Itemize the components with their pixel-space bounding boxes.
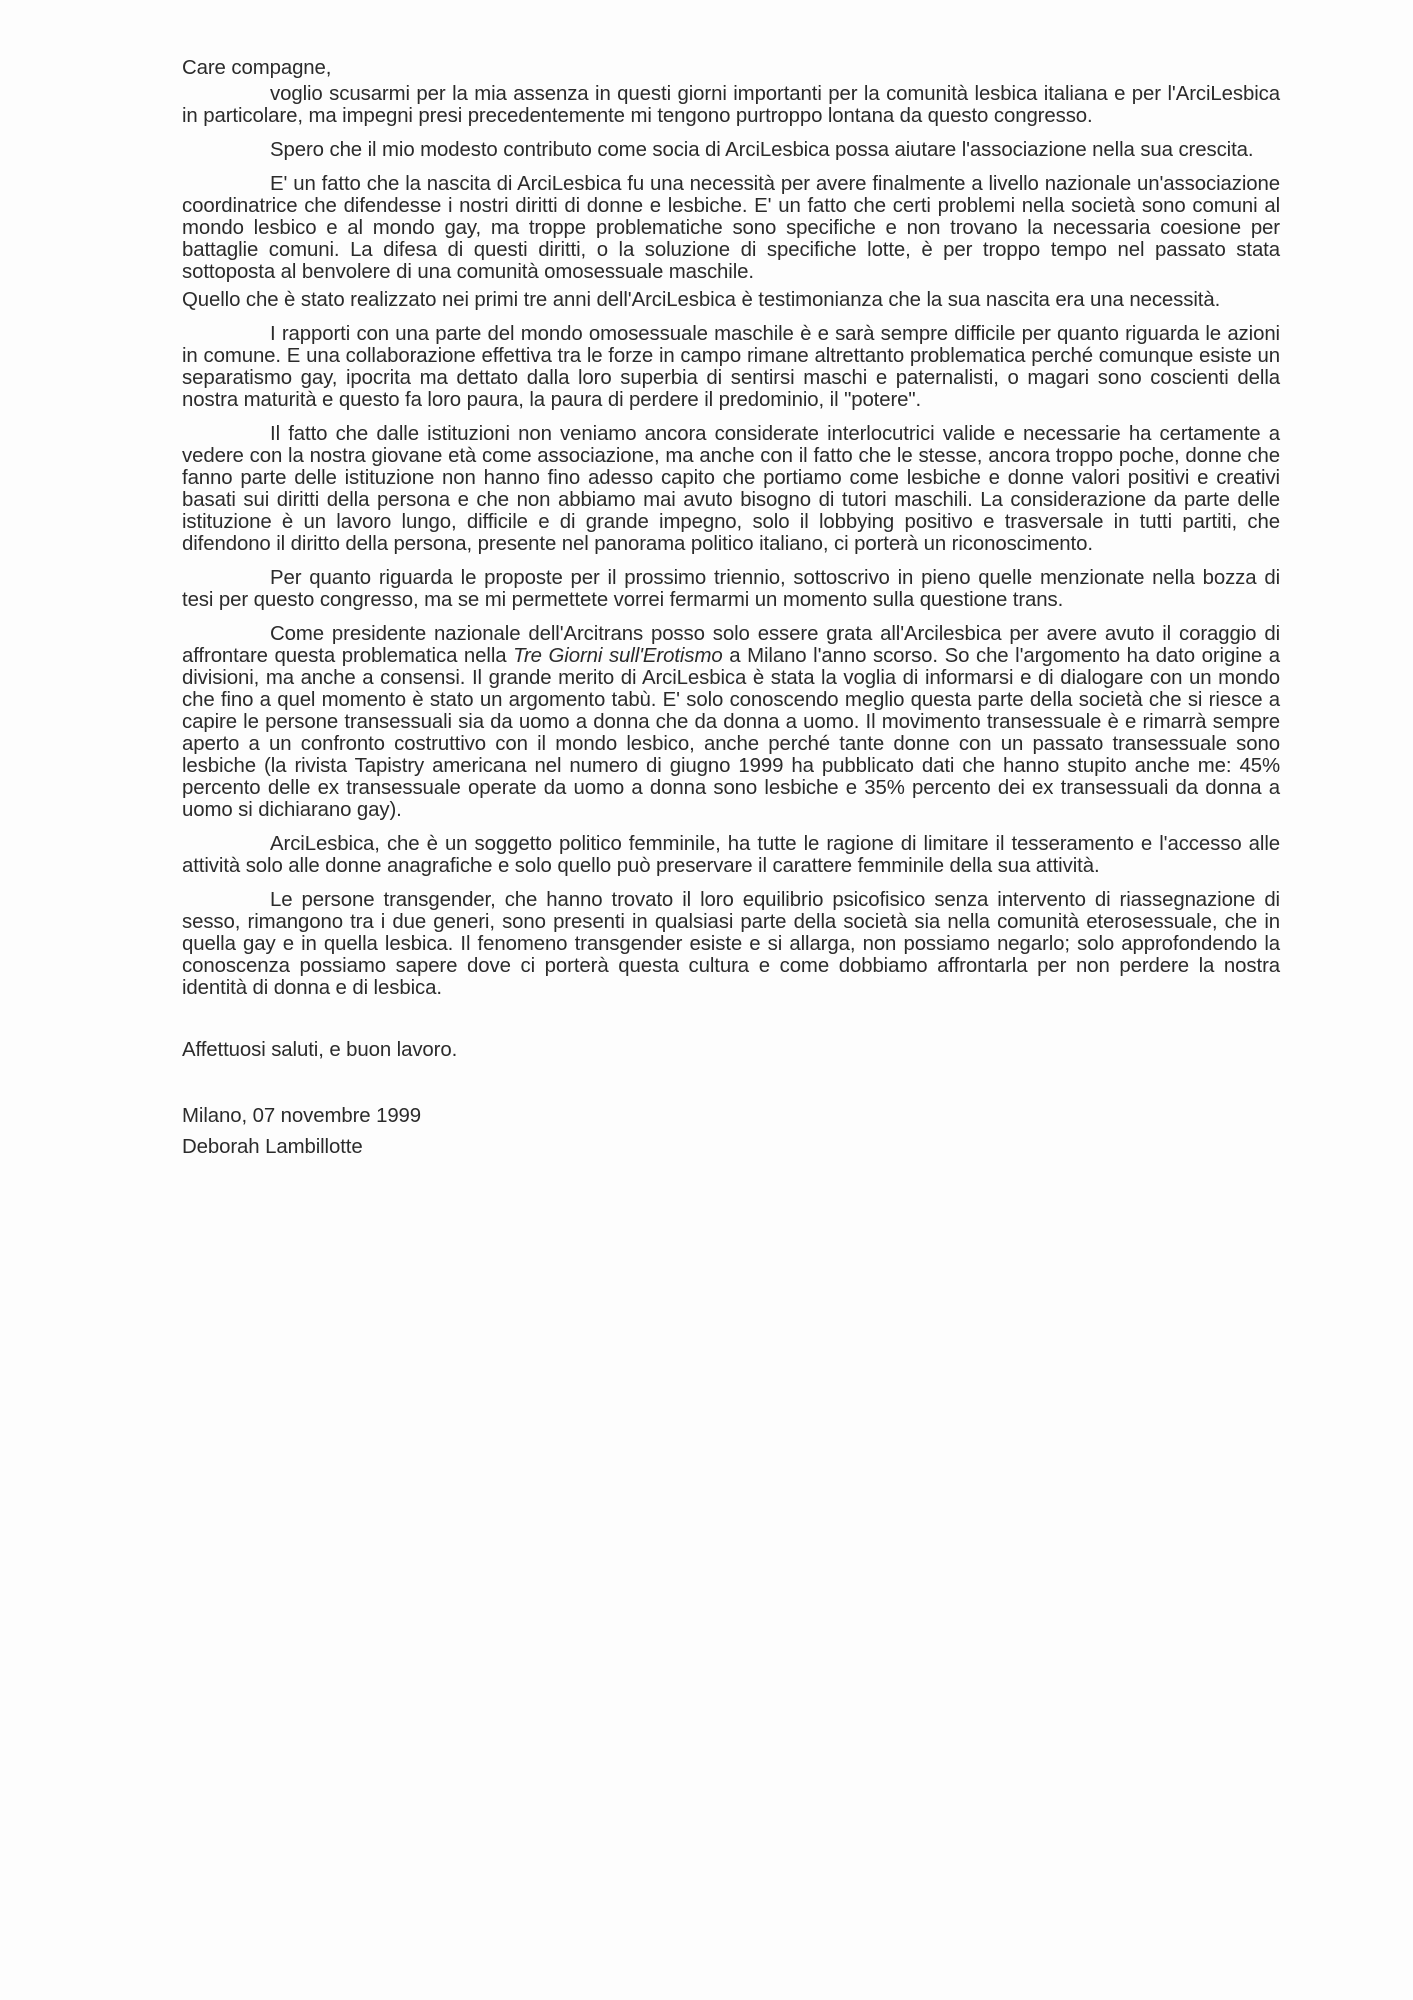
paragraph-membership: ArciLesbica, che è un soggetto politico … — [182, 833, 1280, 877]
closing: Affettuosi saluti, e buon lavoro. — [182, 1039, 1280, 1061]
paragraph-arcitrans: Come presidente nazionale dell'Arcitrans… — [182, 623, 1280, 821]
place-date: Milano, 07 novembre 1999 — [182, 1105, 1280, 1127]
salutation: Care compagne, — [182, 57, 1280, 79]
paragraph-founding-necessity: E' un fatto che la nascita di ArciLesbic… — [182, 173, 1280, 283]
paragraph-contribution: Spero che il mio modesto contributo come… — [182, 139, 1280, 161]
paragraph-relations-gay-men: I rapporti con una parte del mondo omose… — [182, 323, 1280, 411]
paragraph-apology: voglio scusarmi per la mia assenza in qu… — [182, 83, 1280, 127]
signature: Deborah Lambillotte — [182, 1136, 1280, 1158]
letter-page: Care compagne, voglio scusarmi per la mi… — [182, 57, 1280, 1167]
paragraph-proposals: Per quanto riguarda le proposte per il p… — [182, 567, 1280, 611]
event-title: Tre Giorni sull'Erotismo — [513, 645, 722, 667]
paragraph-institutions: Il fatto che dalle istituzioni non venia… — [182, 423, 1280, 555]
paragraph-transgender: Le persone transgender, che hanno trovat… — [182, 889, 1280, 999]
paragraph-first-three-years: Quello che è stato realizzato nei primi … — [182, 289, 1280, 311]
paragraph-arcitrans-after: a Milano l'anno scorso. So che l'argomen… — [182, 645, 1280, 821]
